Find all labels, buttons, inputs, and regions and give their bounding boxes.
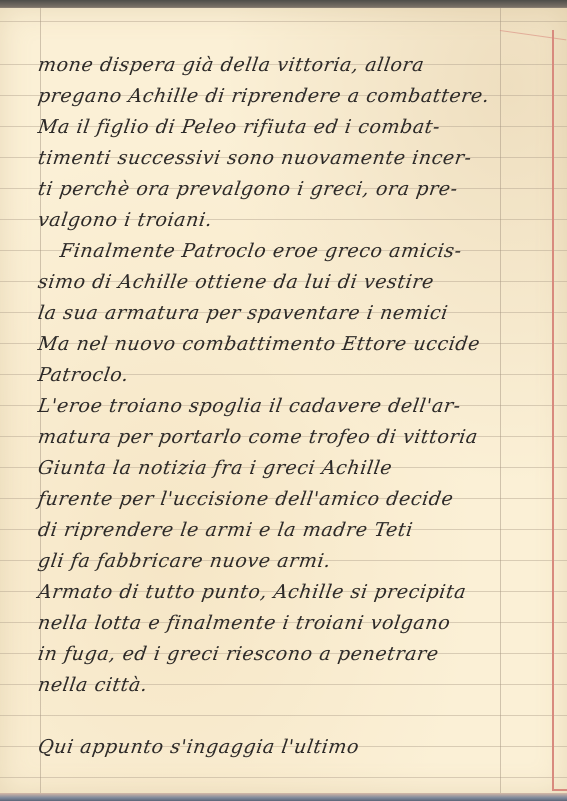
text-line: Finalmente Patroclo eroe greco amicis- [36, 236, 560, 267]
photo-bottom-edge [0, 793, 567, 801]
text-line: di riprendere le armi e la madre Teti [36, 515, 560, 546]
text-line: valgono i troiani. [36, 205, 560, 236]
text-line: nella lotta e finalmente i troiani volga… [36, 608, 560, 639]
text-line: la sua armatura per spaventare i nemici [36, 298, 560, 329]
text-line: gli fa fabbricare nuove armi. [36, 546, 560, 577]
text-line: Giunta la notizia fra i greci Achille [36, 453, 560, 484]
text-line: Ma il figlio di Peleo rifiuta ed i comba… [36, 112, 560, 143]
text-line: ti perchè ora prevalgono i greci, ora pr… [36, 174, 560, 205]
text-line: nella città. [36, 670, 560, 701]
handwritten-text: mone dispera già della vittoria, allora … [38, 50, 558, 763]
text-line: mone dispera già della vittoria, allora [36, 50, 560, 81]
text-line: Ma nel nuovo combattimento Ettore uccide [36, 329, 560, 360]
text-line: in fuga, ed i greci riescono a penetrare [36, 639, 560, 670]
text-line: Qui appunto s'ingaggia l'ultimo [36, 732, 560, 763]
text-line: pregano Achille di riprendere a combatte… [36, 81, 560, 112]
text-line: matura per portarlo come trofeo di vitto… [36, 422, 560, 453]
notebook-page: mone dispera già della vittoria, allora … [0, 8, 567, 795]
text-line: L'eroe troiano spoglia il cadavere dell'… [36, 391, 560, 422]
text-line: furente per l'uccisione dell'amico decid… [36, 484, 560, 515]
text-line: Armato di tutto punto, Achille si precip… [36, 577, 560, 608]
text-line: simo di Achille ottiene da lui di vestir… [36, 267, 560, 298]
notebook-photo: mone dispera già della vittoria, allora … [0, 0, 567, 801]
red-bottom-border [552, 789, 567, 791]
blank-line [36, 701, 560, 732]
text-line: timenti successivi sono nuovamente incer… [36, 143, 560, 174]
text-line: Patroclo. [36, 360, 560, 391]
